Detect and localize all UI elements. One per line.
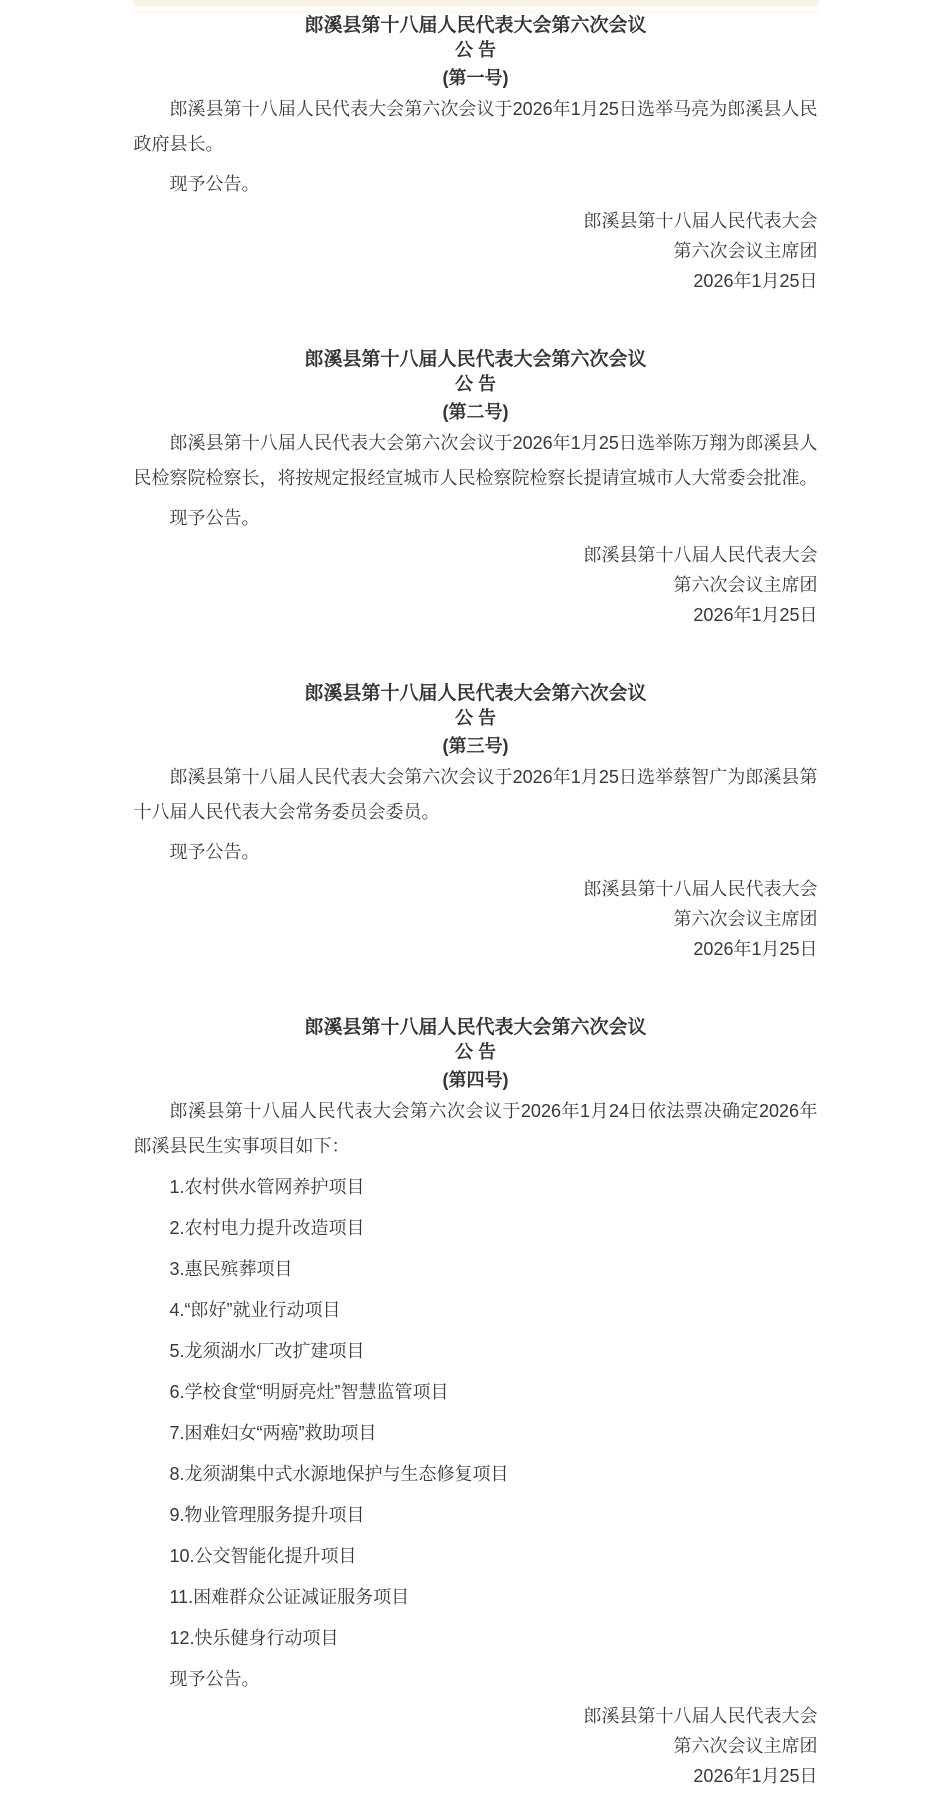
announcement-closing: 现予公告。 [134,1662,818,1697]
signature-block: 郎溪县第十八届人民代表大会第六次会议主席团2026年1月25日 [134,874,818,964]
page: { "page": { "background": "#ffffff", "to… [0,0,951,1818]
announcement-paragraph: 郎溪县第十八届人民代表大会第六次会议于2026年1月25日选举陈万翔为郎溪县人民… [134,426,818,496]
signature-line: 2026年1月25日 [134,934,818,964]
announcement-closing: 现予公告。 [134,835,818,870]
project-list-item: 11.困难群众公证减证服务项目 [134,1580,818,1615]
signature-line: 第六次会议主席团 [134,904,818,934]
signature-line: 郎溪县第十八届人民代表大会 [134,540,818,570]
signature-line: 郎溪县第十八届人民代表大会 [134,1701,818,1731]
announcement-paragraph: 郎溪县第十八届人民代表大会第六次会议于2026年1月25日选举马亮为郎溪县人民政… [134,92,818,162]
signature-line: 2026年1月25日 [134,1761,818,1791]
signature-block: 郎溪县第十八届人民代表大会第六次会议主席团2026年1月25日 [134,540,818,630]
signature-line: 2026年1月25日 [134,266,818,296]
project-list-item: 4.“郎好”就业行动项目 [134,1293,818,1328]
announcement-paragraph: 郎溪县第十八届人民代表大会第六次会议于2026年1月25日选举蔡智广为郎溪县第十… [134,760,818,830]
document-content: 郎溪县第十八届人民代表大会第六次会议 公 告 (第一号) 郎溪县第十八届人民代表… [134,0,818,1791]
announcement-number: (第一号) [134,64,818,92]
project-list-item: 10.公交智能化提升项目 [134,1539,818,1574]
project-list-item: 2.农村电力提升改造项目 [134,1211,818,1246]
announcement-number: (第四号) [134,1066,818,1094]
signature-line: 第六次会议主席团 [134,570,818,600]
announcement-list: 郎溪县第十八届人民代表大会第六次会议 公 告 (第一号) 郎溪县第十八届人民代表… [134,14,818,1791]
announcement: 郎溪县第十八届人民代表大会第六次会议 公 告 (第一号) 郎溪县第十八届人民代表… [134,14,818,296]
project-list-item: 12.快乐健身行动项目 [134,1621,818,1656]
project-list-item: 8.龙须湖集中式水源地保护与生态修复项目 [134,1457,818,1492]
announcement-closing: 现予公告。 [134,501,818,536]
project-list-item: 9.物业管理服务提升项目 [134,1498,818,1533]
announcement-title: 郎溪县第十八届人民代表大会第六次会议 [134,348,818,370]
announcement-paragraph: 郎溪县第十八届人民代表大会第六次会议于2026年1月24日依法票决确定2026年… [134,1094,818,1164]
announcement: 郎溪县第十八届人民代表大会第六次会议 公 告 (第二号) 郎溪县第十八届人民代表… [134,348,818,630]
project-list-item: 3.惠民殡葬项目 [134,1252,818,1287]
announcement-subtitle: 公 告 [134,370,818,398]
accent-bar [134,0,818,6]
announcement: 郎溪县第十八届人民代表大会第六次会议 公 告 (第三号) 郎溪县第十八届人民代表… [134,682,818,964]
announcement-subtitle: 公 告 [134,36,818,64]
announcement-subtitle: 公 告 [134,1038,818,1066]
signature-line: 郎溪县第十八届人民代表大会 [134,206,818,236]
announcement-title: 郎溪县第十八届人民代表大会第六次会议 [134,1016,818,1038]
project-list-item: 6.学校食堂“明厨亮灶”智慧监管项目 [134,1375,818,1410]
announcement-title: 郎溪县第十八届人民代表大会第六次会议 [134,14,818,36]
announcement-title: 郎溪县第十八届人民代表大会第六次会议 [134,682,818,704]
project-list-item: 5.龙须湖水厂改扩建项目 [134,1334,818,1369]
announcement-number: (第二号) [134,398,818,426]
signature-line: 郎溪县第十八届人民代表大会 [134,874,818,904]
project-list-item: 1.农村供水管网养护项目 [134,1170,818,1205]
signature-block: 郎溪县第十八届人民代表大会第六次会议主席团2026年1月25日 [134,1701,818,1791]
signature-line: 第六次会议主席团 [134,236,818,266]
signature-line: 第六次会议主席团 [134,1731,818,1761]
signature-line: 2026年1月25日 [134,600,818,630]
project-list: 1.农村供水管网养护项目2.农村电力提升改造项目3.惠民殡葬项目4.“郎好”就业… [134,1170,818,1656]
announcement-number: (第三号) [134,732,818,760]
announcement: 郎溪县第十八届人民代表大会第六次会议 公 告 (第四号) 郎溪县第十八届人民代表… [134,1016,818,1791]
announcement-subtitle: 公 告 [134,704,818,732]
announcement-closing: 现予公告。 [134,167,818,202]
project-list-item: 7.困难妇女“两癌”救助项目 [134,1416,818,1451]
signature-block: 郎溪县第十八届人民代表大会第六次会议主席团2026年1月25日 [134,206,818,296]
